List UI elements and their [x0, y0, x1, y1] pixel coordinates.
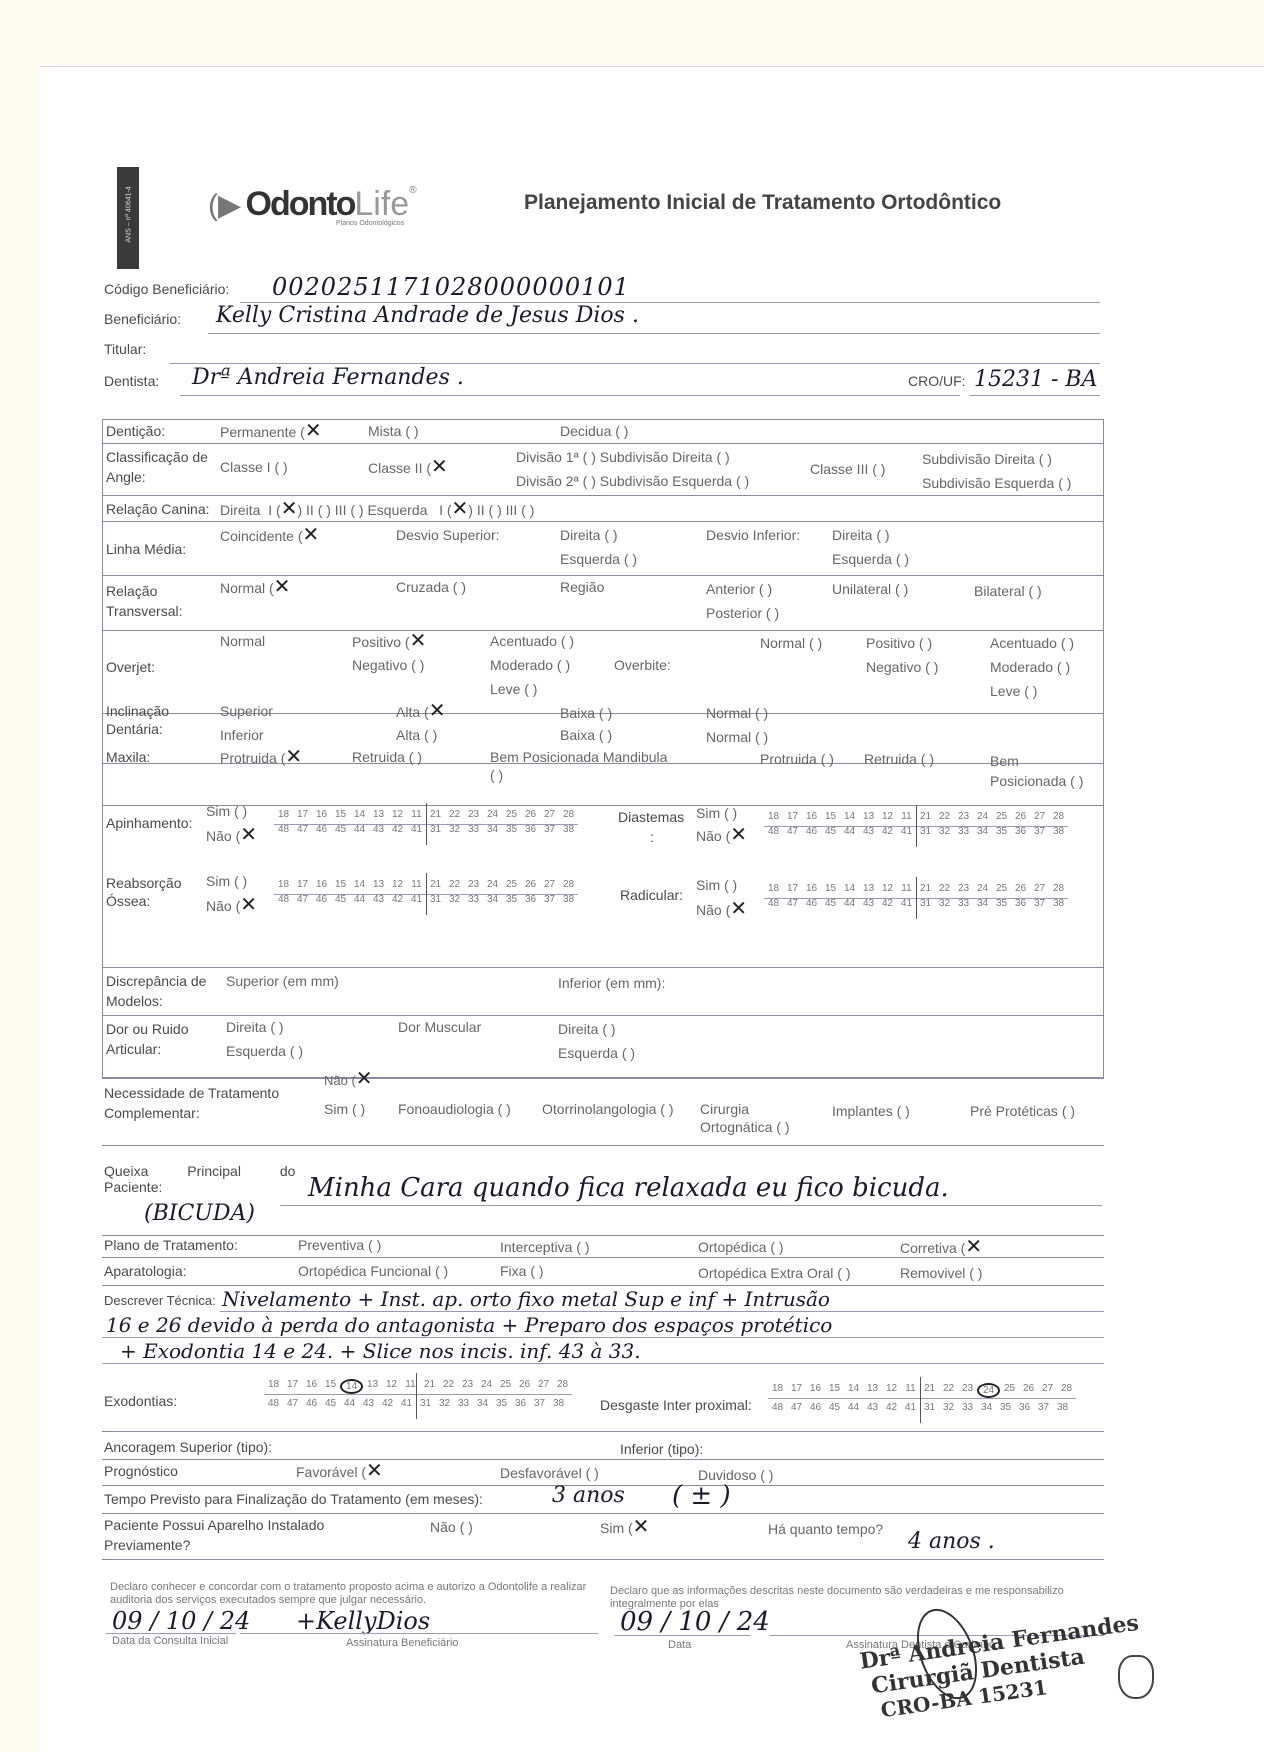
tooth-21[interactable]: 21 [916, 811, 935, 822]
tooth-15[interactable]: 15 [321, 1379, 340, 1394]
transversal-normal-option[interactable]: Normal (✕ [220, 579, 290, 596]
tooth-27[interactable]: 27 [540, 809, 559, 820]
tooth-13[interactable]: 13 [363, 1379, 382, 1394]
tooth-17[interactable]: 17 [787, 1383, 806, 1398]
overbite-normal-option[interactable]: Normal ( ) [760, 635, 822, 651]
ancoragem-superior-field[interactable]: Ancoragem Superior (tipo): [104, 1439, 272, 1455]
tooth-38[interactable]: 38 [1053, 1402, 1072, 1413]
tooth-12[interactable]: 12 [882, 1383, 901, 1398]
logo: (▶ OdontoLife® Planos Odontológicos [208, 185, 417, 227]
tooth-15[interactable]: 15 [821, 811, 840, 822]
queixa-field-2[interactable]: (BICUDA) [144, 1201, 255, 1226]
diastemas-sim-option[interactable]: Sim ( ) [696, 805, 737, 821]
aparelho-sim-option[interactable]: Sim (✕ [600, 1519, 649, 1536]
tooth-33[interactable]: 33 [464, 824, 483, 835]
tooth-32[interactable]: 32 [435, 1398, 454, 1409]
tooth-32[interactable]: 32 [935, 826, 954, 837]
tooth-14[interactable]: 14 [340, 1379, 363, 1394]
tooth-18[interactable]: 18 [274, 879, 293, 890]
tooth-22[interactable]: 22 [439, 1379, 458, 1394]
tooth-44[interactable]: 44 [840, 898, 859, 909]
tooth-43[interactable]: 43 [369, 824, 388, 835]
complementar-cirurgia-option[interactable]: Ortognática ( ) [700, 1119, 789, 1135]
tooth-22[interactable]: 22 [935, 811, 954, 822]
tooth-35[interactable]: 35 [992, 898, 1011, 909]
tooth-46[interactable]: 46 [802, 826, 821, 837]
tooth-28[interactable]: 28 [1049, 883, 1068, 894]
tooth-14[interactable]: 14 [840, 883, 859, 894]
tooth-37[interactable]: 37 [1030, 898, 1049, 909]
tooth-25[interactable]: 25 [496, 1379, 515, 1394]
tooth-22[interactable]: 22 [445, 879, 464, 890]
tooth-37[interactable]: 37 [1030, 826, 1049, 837]
tooth-16[interactable]: 16 [806, 1383, 825, 1398]
apinhamento-sim-option[interactable]: Sim ( ) [206, 803, 247, 819]
tooth-27[interactable]: 27 [534, 1379, 553, 1394]
tooth-23[interactable]: 23 [464, 879, 483, 890]
dor-direita-option[interactable]: Direita ( ) [226, 1019, 284, 1035]
tooth-12[interactable]: 12 [878, 811, 897, 822]
tooth-32[interactable]: 32 [939, 1402, 958, 1413]
maxila-bem-posicionada-option[interactable]: ( ) [490, 767, 503, 783]
mandibula-protruida-option[interactable]: Protruida ( ) [760, 751, 834, 767]
tooth-17[interactable]: 17 [293, 879, 312, 890]
tooth-24[interactable]: 24 [483, 809, 502, 820]
maxila-protruida-option[interactable]: Protruida (✕ [220, 749, 302, 766]
tooth-36[interactable]: 36 [521, 824, 540, 835]
tooth-48[interactable]: 48 [764, 898, 783, 909]
tooth-25[interactable]: 25 [1000, 1383, 1019, 1398]
tooth-43[interactable]: 43 [369, 894, 388, 905]
tooth-31[interactable]: 31 [916, 826, 935, 837]
tooth-26[interactable]: 26 [521, 879, 540, 890]
tooth-11[interactable]: 11 [407, 879, 426, 890]
tooth-38[interactable]: 38 [1049, 898, 1068, 909]
overbite-leve-option[interactable]: Leve ( ) [990, 683, 1037, 699]
check-mark-icon: ✕ [452, 496, 469, 520]
tooth-36[interactable]: 36 [1011, 826, 1030, 837]
tooth-13[interactable]: 13 [369, 809, 388, 820]
diastemas-nao-option[interactable]: Não (✕ [696, 827, 747, 844]
tooth-21[interactable]: 21 [920, 1383, 939, 1398]
radicular-nao-option[interactable]: Não (✕ [696, 901, 747, 918]
tooth-22[interactable]: 22 [445, 809, 464, 820]
tooth-34[interactable]: 34 [483, 824, 502, 835]
dentista-field[interactable]: Drª Andreia Fernandes . [192, 365, 464, 390]
denticao-permanente-option[interactable]: Permanente (✕ [220, 423, 322, 440]
overbite-negativo-option[interactable]: Negativo ( ) [866, 659, 938, 675]
aparatologia-label: Aparatologia: [104, 1263, 187, 1279]
tooth-16[interactable]: 16 [312, 879, 331, 890]
tooth-11[interactable]: 11 [401, 1379, 420, 1394]
tooth-36[interactable]: 36 [1011, 898, 1030, 909]
tooth-38[interactable]: 38 [549, 1398, 568, 1409]
tooth-42[interactable]: 42 [882, 1402, 901, 1413]
tooth-43[interactable]: 43 [863, 1402, 882, 1413]
angle-subdivisao-direita-option[interactable]: Subdivisão Direita ( ) [922, 451, 1052, 467]
tooth-45[interactable]: 45 [331, 894, 350, 905]
tooth-32[interactable]: 32 [935, 898, 954, 909]
tooth-43[interactable]: 43 [859, 826, 878, 837]
tooth-21[interactable]: 21 [916, 883, 935, 894]
inclinacao-inferior-normal-option[interactable]: Normal ( ) [706, 729, 768, 745]
canina-direita-options[interactable]: Direita I (✕) II ( ) III ( ) Esquerda I … [220, 501, 534, 518]
desvio-superior-esquerda-option[interactable]: Esquerda ( ) [560, 551, 637, 567]
tooth-13[interactable]: 13 [859, 811, 878, 822]
overbite-moderado-option[interactable]: Moderado ( ) [990, 659, 1070, 675]
tooth-35[interactable]: 35 [502, 894, 521, 905]
tooth-18[interactable]: 18 [274, 809, 293, 820]
tooth-11[interactable]: 11 [407, 809, 426, 820]
aparelho-nao-option[interactable]: Não ( ) [430, 1519, 473, 1535]
tooth-48[interactable]: 48 [764, 826, 783, 837]
tooth-18[interactable]: 18 [764, 883, 783, 894]
tooth-48[interactable]: 48 [274, 894, 293, 905]
tooth-46[interactable]: 46 [802, 898, 821, 909]
tooth-31[interactable]: 31 [920, 1402, 939, 1413]
tooth-16[interactable]: 16 [312, 809, 331, 820]
linha-media-coincidente-option[interactable]: Coincidente (✕ [220, 527, 319, 544]
tooth-45[interactable]: 45 [821, 826, 840, 837]
overjet-acentuado-option[interactable]: Acentuado ( ) [490, 633, 574, 649]
tooth-36[interactable]: 36 [1015, 1402, 1034, 1413]
tooth-18[interactable]: 18 [264, 1379, 283, 1394]
tooth-22[interactable]: 22 [939, 1383, 958, 1398]
queixa-field[interactable]: Minha Cara quando fica relaxada eu fico … [308, 1173, 949, 1203]
inclinacao-superior-normal-option[interactable]: Normal ( ) [706, 705, 768, 721]
transversal-cruzada-option[interactable]: Cruzada ( ) [396, 579, 466, 595]
tooth-31[interactable]: 31 [426, 894, 445, 905]
tooth-26[interactable]: 26 [1019, 1383, 1038, 1398]
plano-corretiva-option[interactable]: Corretiva (✕ [900, 1239, 982, 1256]
aparatologia-extra-oral-option[interactable]: Ortopédica Extra Oral ( ) [698, 1265, 851, 1281]
tooth-stamp-icon [1118, 1655, 1154, 1699]
overbite-acentuado-option[interactable]: Acentuado ( ) [990, 635, 1074, 651]
tooth-12[interactable]: 12 [382, 1379, 401, 1394]
tooth-45[interactable]: 45 [825, 1402, 844, 1413]
tooth-21[interactable]: 21 [426, 879, 445, 890]
ancoragem-inferior-field[interactable]: Inferior (tipo): [620, 1441, 703, 1457]
transversal-unilateral-option[interactable]: Unilateral ( ) [832, 581, 908, 597]
tempo-field[interactable]: 3 anos [552, 1483, 625, 1508]
tooth-14[interactable]: 14 [350, 809, 369, 820]
tecnica-field-line2[interactable]: 16 e 26 devido à perda do antagonista + … [106, 1313, 832, 1337]
tooth-42[interactable]: 42 [378, 1398, 397, 1409]
tooth-21[interactable]: 21 [420, 1379, 439, 1394]
angle-divisao2-option[interactable]: Divisão 2ª ( ) Subdivisão Esquerda ( ) [516, 473, 749, 489]
tooth-14[interactable]: 14 [840, 811, 859, 822]
tecnica-field-line3[interactable]: + Exodontia 14 e 24. + Slice nos incis. … [120, 1339, 641, 1363]
tooth-25[interactable]: 25 [992, 883, 1011, 894]
tooth-41[interactable]: 41 [897, 826, 916, 837]
tooth-28[interactable]: 28 [1057, 1383, 1076, 1398]
tooth-37[interactable]: 37 [540, 894, 559, 905]
plano-interceptiva-option[interactable]: Interceptiva ( ) [500, 1239, 589, 1255]
queixa-word-3: do [280, 1163, 296, 1179]
tooth-36[interactable]: 36 [511, 1398, 530, 1409]
tooth-27[interactable]: 27 [1030, 883, 1049, 894]
desgaste-teeth-chart[interactable]: 1817161514131211212223242526272848474645… [768, 1383, 1076, 1413]
tooth-17[interactable]: 17 [783, 811, 802, 822]
tooth-15[interactable]: 15 [331, 879, 350, 890]
tooth-15[interactable]: 15 [825, 1383, 844, 1398]
desvio-superior-direita-option[interactable]: Direita ( ) [560, 527, 618, 543]
tooth-47[interactable]: 47 [283, 1398, 302, 1409]
desvio-inferior-direita-option[interactable]: Direita ( ) [832, 527, 890, 543]
mandibula-retruida-option[interactable]: Retruida ( ) [864, 751, 934, 767]
dor-muscular-direita-option[interactable]: Direita ( ) [558, 1021, 616, 1037]
maxila-retruida-option[interactable]: Retruida ( ) [352, 749, 422, 765]
tooth-16[interactable]: 16 [802, 883, 821, 894]
tooth-48[interactable]: 48 [274, 824, 293, 835]
radicular-sim-option[interactable]: Sim ( ) [696, 877, 737, 893]
overjet-label: Overjet: [106, 659, 155, 675]
tooth-47[interactable]: 47 [293, 894, 312, 905]
tooth-31[interactable]: 31 [916, 898, 935, 909]
overjet-positivo-option[interactable]: Positivo (✕ [352, 633, 426, 650]
tooth-47[interactable]: 47 [783, 826, 802, 837]
tooth-41[interactable]: 41 [397, 1398, 416, 1409]
codigo-field[interactable]: 0020251171028000000101 [272, 273, 630, 301]
tooth-17[interactable]: 17 [783, 883, 802, 894]
tooth-23[interactable]: 23 [464, 809, 483, 820]
tooth-42[interactable]: 42 [388, 824, 407, 835]
tooth-28[interactable]: 28 [1049, 811, 1068, 822]
tooth-18[interactable]: 18 [764, 811, 783, 822]
tooth-42[interactable]: 42 [878, 826, 897, 837]
tooth-35[interactable]: 35 [996, 1402, 1015, 1413]
reabsorcao-teeth-chart[interactable]: 1817161514131211212223242526272848474645… [274, 879, 578, 905]
angle-classe1-option[interactable]: Classe I ( ) [220, 459, 288, 475]
tooth-35[interactable]: 35 [492, 1398, 511, 1409]
tooth-32[interactable]: 32 [445, 894, 464, 905]
teeth-midline [916, 877, 917, 919]
transversal-posterior-option[interactable]: Posterior ( ) [706, 605, 779, 621]
tooth-14[interactable]: 14 [844, 1383, 863, 1398]
tooth-31[interactable]: 31 [416, 1398, 435, 1409]
tooth-36[interactable]: 36 [521, 894, 540, 905]
overjet-moderado-option[interactable]: Moderado ( ) [490, 657, 570, 673]
tooth-48[interactable]: 48 [264, 1398, 283, 1409]
tooth-34[interactable]: 34 [473, 1398, 492, 1409]
tooth-44[interactable]: 44 [844, 1402, 863, 1413]
tooth-23[interactable]: 23 [958, 1383, 977, 1398]
overbite-positivo-option[interactable]: Positivo ( ) [866, 635, 932, 651]
tooth-26[interactable]: 26 [1011, 883, 1030, 894]
tooth-31[interactable]: 31 [426, 824, 445, 835]
tooth-23[interactable]: 23 [954, 883, 973, 894]
prognostico-desfavoravel-option[interactable]: Desfavorável ( ) [500, 1465, 599, 1481]
transversal-bilateral-option[interactable]: Bilateral ( ) [974, 583, 1042, 599]
tooth-12[interactable]: 12 [388, 879, 407, 890]
tooth-24[interactable]: 24 [973, 883, 992, 894]
tooth-43[interactable]: 43 [359, 1398, 378, 1409]
tooth-24[interactable]: 24 [977, 1383, 1000, 1398]
overjet-leve-option[interactable]: Leve ( ) [490, 681, 537, 697]
tooth-13[interactable]: 13 [369, 879, 388, 890]
tooth-37[interactable]: 37 [1034, 1402, 1053, 1413]
tooth-24[interactable]: 24 [483, 879, 502, 890]
tooth-28[interactable]: 28 [559, 809, 578, 820]
tooth-37[interactable]: 37 [530, 1398, 549, 1409]
tooth-22[interactable]: 22 [935, 883, 954, 894]
tooth-45[interactable]: 45 [821, 898, 840, 909]
tooth-26[interactable]: 26 [1011, 811, 1030, 822]
tooth-46[interactable]: 46 [312, 894, 331, 905]
tooth-41[interactable]: 41 [407, 824, 426, 835]
tooth-34[interactable]: 34 [973, 898, 992, 909]
tooth-37[interactable]: 37 [540, 824, 559, 835]
tooth-38[interactable]: 38 [559, 824, 578, 835]
tooth-15[interactable]: 15 [331, 809, 350, 820]
tooth-23[interactable]: 23 [954, 811, 973, 822]
tooth-25[interactable]: 25 [992, 811, 1011, 822]
dor-muscular-esquerda-option[interactable]: Esquerda ( ) [558, 1045, 635, 1061]
angle-classe3-option[interactable]: Classe III ( ) [810, 461, 885, 477]
complementar-nao-option[interactable]: Não (✕ [324, 1071, 373, 1088]
transversal-anterior-option[interactable]: Anterior ( ) [706, 581, 772, 597]
tooth-32[interactable]: 32 [445, 824, 464, 835]
tooth-14[interactable]: 14 [350, 879, 369, 890]
overjet-negativo-option[interactable]: Negativo ( ) [352, 657, 424, 673]
tooth-33[interactable]: 33 [954, 898, 973, 909]
tooth-46[interactable]: 46 [302, 1398, 321, 1409]
tooth-25[interactable]: 25 [502, 879, 521, 890]
tooth-47[interactable]: 47 [783, 898, 802, 909]
aparatologia-funcional-option[interactable]: Ortopédica Funcional ( ) [298, 1263, 448, 1279]
tooth-33[interactable]: 33 [954, 826, 973, 837]
tecnica-field-line1[interactable]: Nivelamento + Inst. ap. orto fixo metal … [222, 1287, 830, 1311]
tooth-17[interactable]: 17 [293, 809, 312, 820]
tooth-34[interactable]: 34 [973, 826, 992, 837]
tooth-33[interactable]: 33 [454, 1398, 473, 1409]
prognostico-favoravel-option[interactable]: Favorável (✕ [296, 1463, 383, 1480]
tooth-34[interactable]: 34 [483, 894, 502, 905]
discrepancia-superior-field[interactable]: Superior (em mm) [226, 973, 339, 989]
tooth-47[interactable]: 47 [787, 1402, 806, 1413]
tooth-24[interactable]: 24 [973, 811, 992, 822]
inclinacao-superior-baixa-option[interactable]: Baixa ( ) [560, 705, 612, 721]
plano-preventiva-option[interactable]: Preventiva ( ) [298, 1237, 381, 1253]
tooth-12[interactable]: 12 [388, 809, 407, 820]
tooth-17[interactable]: 17 [283, 1379, 302, 1394]
tooth-16[interactable]: 16 [302, 1379, 321, 1394]
tooth-35[interactable]: 35 [502, 824, 521, 835]
complementar-fono-option[interactable]: Fonoaudiologia ( ) [398, 1101, 511, 1117]
tooth-27[interactable]: 27 [540, 879, 559, 890]
tooth-45[interactable]: 45 [321, 1398, 340, 1409]
dor-esquerda-option[interactable]: Esquerda ( ) [226, 1043, 303, 1059]
tooth-44[interactable]: 44 [840, 826, 859, 837]
aparatologia-removivel-option[interactable]: Removivel ( ) [900, 1265, 982, 1281]
assinatura-beneficiario-field[interactable]: +KellyDios [296, 1607, 430, 1635]
inclinacao-superior-alta-option[interactable]: Alta (✕ [396, 703, 445, 720]
inclinacao-inferior-baixa-option[interactable]: Baixa ( ) [560, 727, 612, 743]
tooth-26[interactable]: 26 [515, 1379, 534, 1394]
tooth-27[interactable]: 27 [1030, 811, 1049, 822]
tooth-47[interactable]: 47 [293, 824, 312, 835]
tooth-28[interactable]: 28 [559, 879, 578, 890]
tooth-13[interactable]: 13 [859, 883, 878, 894]
tooth-33[interactable]: 33 [464, 894, 483, 905]
exodontias-teeth-chart[interactable]: 1817161514131211212223242526272848474645… [264, 1379, 572, 1409]
tooth-46[interactable]: 46 [806, 1402, 825, 1413]
tooth-34[interactable]: 34 [977, 1402, 996, 1413]
tooth-13[interactable]: 13 [863, 1383, 882, 1398]
tooth-44[interactable]: 44 [350, 894, 369, 905]
queixa-word-4: Paciente: [104, 1179, 162, 1195]
tooth-11[interactable]: 11 [901, 1383, 920, 1398]
tooth-41[interactable]: 41 [407, 894, 426, 905]
tooth-23[interactable]: 23 [458, 1379, 477, 1394]
reabsorcao-nao-option[interactable]: Não (✕ [206, 897, 257, 914]
mandibula-bem-posicionada-option[interactable]: Posicionada ( ) [990, 773, 1083, 789]
aparatologia-fixa-option[interactable]: Fixa ( ) [500, 1263, 544, 1279]
desvio-inferior-esquerda-option[interactable]: Esquerda ( ) [832, 551, 909, 567]
tooth-27[interactable]: 27 [1038, 1383, 1057, 1398]
tooth-46[interactable]: 46 [312, 824, 331, 835]
tooth-11[interactable]: 11 [897, 811, 916, 822]
complementar-implantes-option[interactable]: Implantes ( ) [832, 1103, 910, 1119]
reabsorcao-sim-option[interactable]: Sim ( ) [206, 873, 247, 889]
tooth-38[interactable]: 38 [1049, 826, 1068, 837]
tooth-26[interactable]: 26 [521, 809, 540, 820]
tooth-25[interactable]: 25 [502, 809, 521, 820]
aparelho-quanto-field[interactable]: 4 anos . [908, 1529, 995, 1554]
plano-ortopedica-option[interactable]: Ortopédica ( ) [698, 1239, 784, 1255]
tooth-18[interactable]: 18 [768, 1383, 787, 1398]
tooth-33[interactable]: 33 [958, 1402, 977, 1413]
radicular-teeth-chart[interactable]: 1817161514131211212223242526272848474645… [764, 883, 1068, 909]
tooth-12[interactable]: 12 [878, 883, 897, 894]
tooth-42[interactable]: 42 [878, 898, 897, 909]
beneficiario-field[interactable]: Kelly Cristina Andrade de Jesus Dios . [216, 303, 639, 328]
apinhamento-nao-option[interactable]: Não (✕ [206, 827, 257, 844]
angle-classe2-option[interactable]: Classe II (✕ [368, 459, 448, 476]
complementar-preproteticas-option[interactable]: Pré Protéticas ( ) [970, 1103, 1075, 1119]
discrepancia-inferior-field[interactable]: Inferior (em mm): [558, 975, 665, 991]
tooth-16[interactable]: 16 [802, 811, 821, 822]
denticao-decidua-option[interactable]: Decidua ( ) [560, 423, 628, 439]
tooth-45[interactable]: 45 [331, 824, 350, 835]
tooth-41[interactable]: 41 [901, 1402, 920, 1413]
tooth-35[interactable]: 35 [992, 826, 1011, 837]
tooth-48[interactable]: 48 [768, 1402, 787, 1413]
tooth-15[interactable]: 15 [821, 883, 840, 894]
diastemas-teeth-chart[interactable]: 1817161514131211212223242526272848474645… [764, 811, 1068, 837]
tooth-21[interactable]: 21 [426, 809, 445, 820]
tooth-28[interactable]: 28 [553, 1379, 572, 1394]
tooth-44[interactable]: 44 [340, 1398, 359, 1409]
complementar-otorrino-option[interactable]: Otorrinolangologia ( ) [542, 1101, 674, 1117]
tooth-41[interactable]: 41 [897, 898, 916, 909]
tooth-43[interactable]: 43 [859, 898, 878, 909]
data-dentista-field[interactable]: 09 / 10 / 24 [620, 1607, 770, 1637]
cro-field[interactable]: 15231 - BA [974, 367, 1097, 392]
apinhamento-teeth-chart[interactable]: 1817161514131211212223242526272848474645… [274, 809, 578, 835]
tooth-44[interactable]: 44 [350, 824, 369, 835]
angle-subdivisao-esquerda-option[interactable]: Subdivisão Esquerda ( ) [922, 475, 1071, 491]
data-consulta-field[interactable]: 09 / 10 / 24 [112, 1607, 250, 1635]
tooth-11[interactable]: 11 [897, 883, 916, 894]
angle-divisao1-option[interactable]: Divisão 1ª ( ) Subdivisão Direita ( ) [516, 449, 730, 465]
tooth-24[interactable]: 24 [477, 1379, 496, 1394]
tooth-42[interactable]: 42 [388, 894, 407, 905]
tooth-38[interactable]: 38 [559, 894, 578, 905]
complementar-sim-option[interactable]: Sim ( ) [324, 1101, 365, 1117]
denticao-mista-option[interactable]: Mista ( ) [368, 423, 419, 439]
inclinacao-inferior-alta-option[interactable]: Alta ( ) [396, 727, 437, 743]
